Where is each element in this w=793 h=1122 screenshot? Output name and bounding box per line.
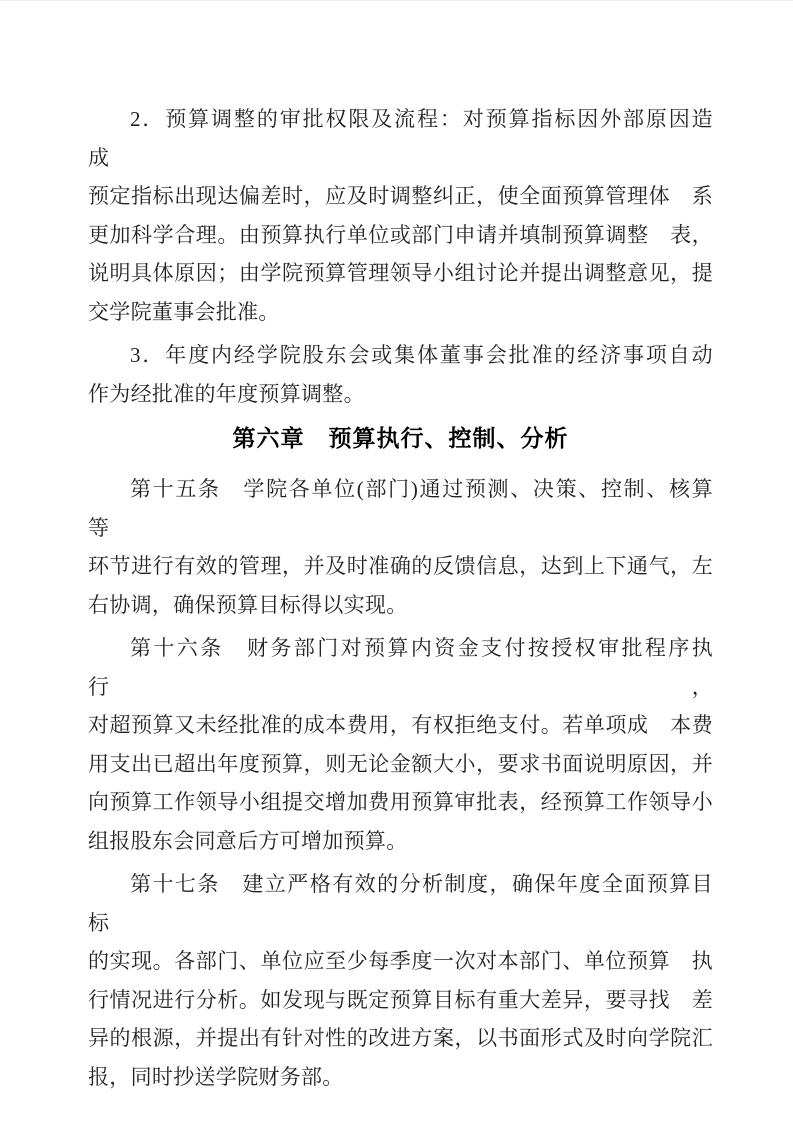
text-line: 交学院董事会批准。 — [88, 293, 713, 332]
text-line: 对超预算又未经批准的成本费用，有权拒绝支付。若单项成 本费 — [88, 706, 713, 745]
paragraph-article-17: 第十七条 建立严格有效的分析制度，确保年度全面预算目 标 的实现。各部门、单位应… — [88, 865, 713, 1096]
text-line: 第十七条 建立严格有效的分析制度，确保年度全面预算目 标 — [88, 865, 713, 942]
paragraph-item-3: 3．年度内经学院股东会或集体董事会批准的经济事项自动 作为经批准的年度预算调整。 — [88, 336, 713, 413]
text-line: 作为经批准的年度预算调整。 — [88, 375, 713, 414]
text-line: 更加科学合理。由预算执行单位或部门申请并填制预算调整 表， — [88, 216, 713, 255]
text-line: 预定指标出现达偏差时，应及时调整纠正，使全面预算管理体 系 — [88, 177, 713, 216]
text-line: 2．预算调整的审批权限及流程：对预算指标因外部原因造 成 — [88, 100, 713, 177]
text-line: 向预算工作领导小组提交增加费用预算审批表，经预算工作领导小 — [88, 783, 713, 822]
page-content: 2．预算调整的审批权限及流程：对预算指标因外部原因造 成 预定指标出现达偏差时，… — [88, 100, 713, 1101]
paragraph-article-15: 第十五条 学院各单位(部门)通过预测、决策、控制、核算 等 环节进行有效的管理，… — [88, 470, 713, 624]
text-line: 3．年度内经学院股东会或集体董事会批准的经济事项自动 — [88, 336, 713, 375]
text-line: 第十六条 财务部门对预算内资金支付按授权审批程序执 行， — [88, 629, 713, 706]
document-page: 2．预算调整的审批权限及流程：对预算指标因外部原因造 成 预定指标出现达偏差时，… — [0, 0, 793, 1122]
paragraph-item-2: 2．预算调整的审批权限及流程：对预算指标因外部原因造 成 预定指标出现达偏差时，… — [88, 100, 713, 331]
text-line: 行情况进行分析。如发现与既定预算目标有重大差异，要寻找 差 — [88, 981, 713, 1020]
text-line: 异的根源，并提出有针对性的改进方案，以书面形式及时向学院汇 — [88, 1019, 713, 1058]
text-line: 说明具体原因；由学院预算管理领导小组讨论并提出调整意见，提 — [88, 254, 713, 293]
text-line: 环节进行有效的管理，并及时准确的反馈信息，达到上下通气，左 — [88, 547, 713, 586]
page-top-edge — [0, 0, 793, 1]
text-line: 组报股东会同意后方可增加预算。 — [88, 822, 713, 861]
paragraph-article-16: 第十六条 财务部门对预算内资金支付按授权审批程序执 行， 对超预算又未经批准的成… — [88, 629, 713, 860]
text-line: 的实现。各部门、单位应至少每季度一次对本部门、单位预算 执 — [88, 942, 713, 981]
chapter-heading: 第六章 预算执行、控制、分析 — [88, 418, 713, 458]
text-line: 报，同时抄送学院财务部。 — [88, 1058, 713, 1097]
text-line: 用支出已超出年度预算，则无论金额大小，要求书面说明原因，并 — [88, 745, 713, 784]
text-line: 右协调，确保预算目标得以实现。 — [88, 586, 713, 625]
text-line: 第十五条 学院各单位(部门)通过预测、决策、控制、核算 等 — [88, 470, 713, 547]
